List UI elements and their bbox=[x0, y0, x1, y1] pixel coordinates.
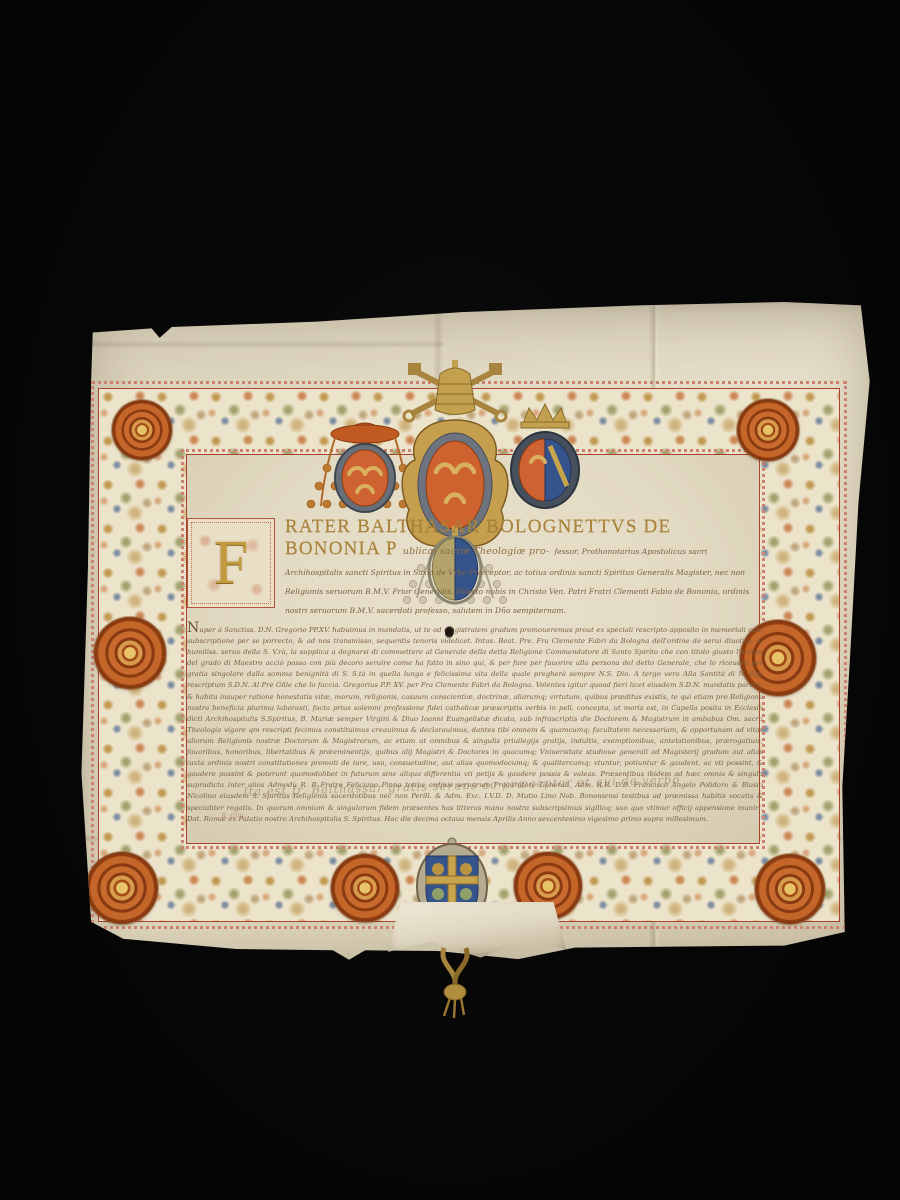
seal-cord-icon bbox=[424, 946, 486, 1020]
horizontal-fold-crease bbox=[83, 340, 443, 348]
papal-tiara-and-keys-icon bbox=[404, 360, 506, 421]
photograph-of-illuminated-document: F RATER BALTHASAR BOLOGNETTVS DE BONONIA… bbox=[0, 0, 900, 1200]
rosette-medallion-top-left bbox=[112, 400, 172, 460]
rosette-medallion-bottom-center-left bbox=[331, 854, 399, 922]
rosette-medallion-bottom-left bbox=[86, 852, 158, 924]
rosette-medallion-top-right bbox=[737, 399, 799, 461]
rosette-medallion-mid-left bbox=[94, 617, 166, 689]
illuminated-initial: F bbox=[187, 518, 275, 608]
crowned-arms-right-icon bbox=[511, 404, 579, 508]
faint-registration-mark: R. Gilij bbox=[221, 812, 243, 820]
heading-continuation: ublicæ sacræ Theologiæ pro- bbox=[403, 546, 549, 557]
dropcap-letter: F bbox=[214, 532, 248, 594]
rosette-medallion-bottom-right bbox=[755, 854, 825, 924]
parchment-sheet: F RATER BALTHASAR BOLOGNETTVS DE BONONIA… bbox=[75, 300, 881, 976]
